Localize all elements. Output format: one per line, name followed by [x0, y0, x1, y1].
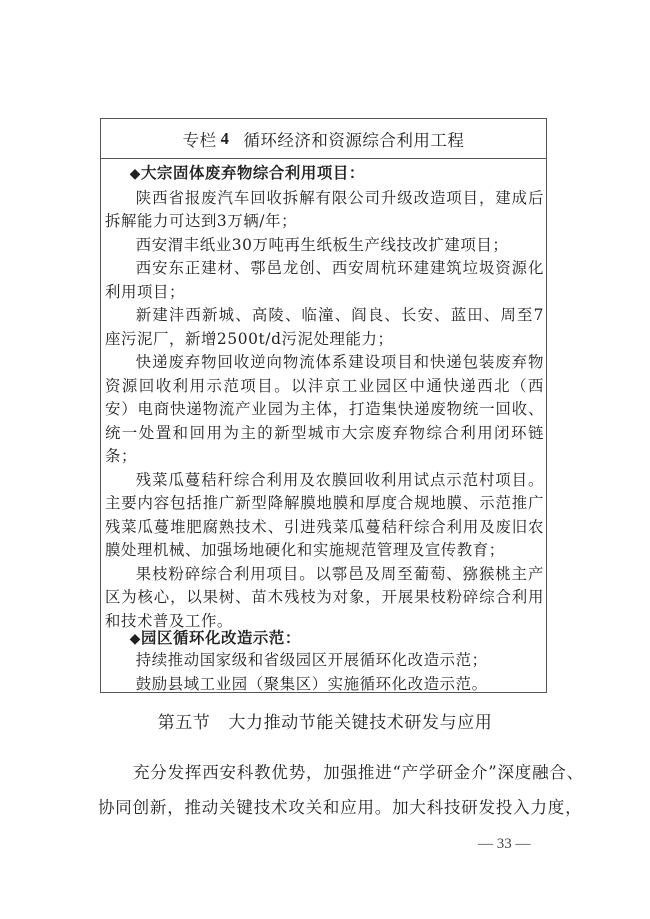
body-paragraph: 充分发挥西安科教优势，加强推进“产学研金介”深度融合、 协同创新，推动关键技术攻… — [100, 755, 552, 825]
list-item: 西安东正建材、鄠邑龙创、西安周杭环建建筑垃圾资源化利用项目； — [105, 257, 544, 304]
list-item: 鼓励县域工业园（聚集区）实施循环化改造示范。 — [105, 673, 544, 697]
body-line: 充分发挥西安科教优势，加强推进“产学研金介”深度融合、 — [100, 755, 552, 790]
list-item: 残菜瓜蔓秸秆综合利用及农膜回收利用试点示范村项目。主要内容包括推广新型降解膜地膜… — [105, 469, 544, 563]
list-item: 果枝粉碎综合利用项目。以鄠邑及周至葡萄、猕猴桃主产区为核心，以果树、苗木残枝为对… — [105, 563, 544, 634]
list-item: 西安渭丰纸业30万吨再生纸板生产线技改扩建项目； — [105, 234, 544, 258]
subsection-heading: ◆大宗固体废弃物综合利用项目： — [105, 162, 544, 187]
body-line: 协同创新，推动关键技术攻关和应用。加大科技研发投入力度， — [98, 790, 552, 825]
subsection-heading: ◆园区循环化改造示范： — [105, 629, 544, 649]
list-item: 陕西省报废汽车回收拆解有限公司升级改造项目，建成后拆解能力可达到3万辆/年； — [105, 187, 544, 234]
diamond-bullet-icon: ◆ — [130, 631, 141, 647]
box-body: ◆大宗固体废弃物综合利用项目： 陕西省报废汽车回收拆解有限公司升级改造项目，建成… — [101, 159, 546, 696]
page-number: — 33 — — [478, 836, 531, 853]
list-item: 快递废弃物回收逆向物流体系建设项目和快递包装废弃物资源回收利用示范项目。以沣京工… — [105, 351, 544, 469]
list-item: 持续推动国家级和省级园区开展循环化改造示范； — [105, 649, 544, 673]
special-column-box: 专栏 4 循环经济和资源综合利用工程 ◆大宗固体废弃物综合利用项目： 陕西省报废… — [100, 118, 547, 693]
section-heading: 大力推动节能关键技术研发与应用 — [228, 713, 492, 733]
diamond-bullet-icon: ◆ — [130, 166, 141, 182]
box-label: 专栏 — [183, 127, 217, 151]
box-header: 专栏 4 循环经济和资源综合利用工程 — [101, 119, 546, 159]
box-number: 4 — [221, 129, 230, 149]
section-number: 第五节 — [158, 713, 211, 733]
box-title: 循环经济和资源综合利用工程 — [243, 127, 464, 151]
list-item: 新建沣西新城、高陵、临潼、阎良、长安、蓝田、周至7座污泥厂，新增2500t/d污… — [105, 304, 544, 351]
section-title: 第五节大力推动节能关键技术研发与应用 — [0, 708, 650, 733]
